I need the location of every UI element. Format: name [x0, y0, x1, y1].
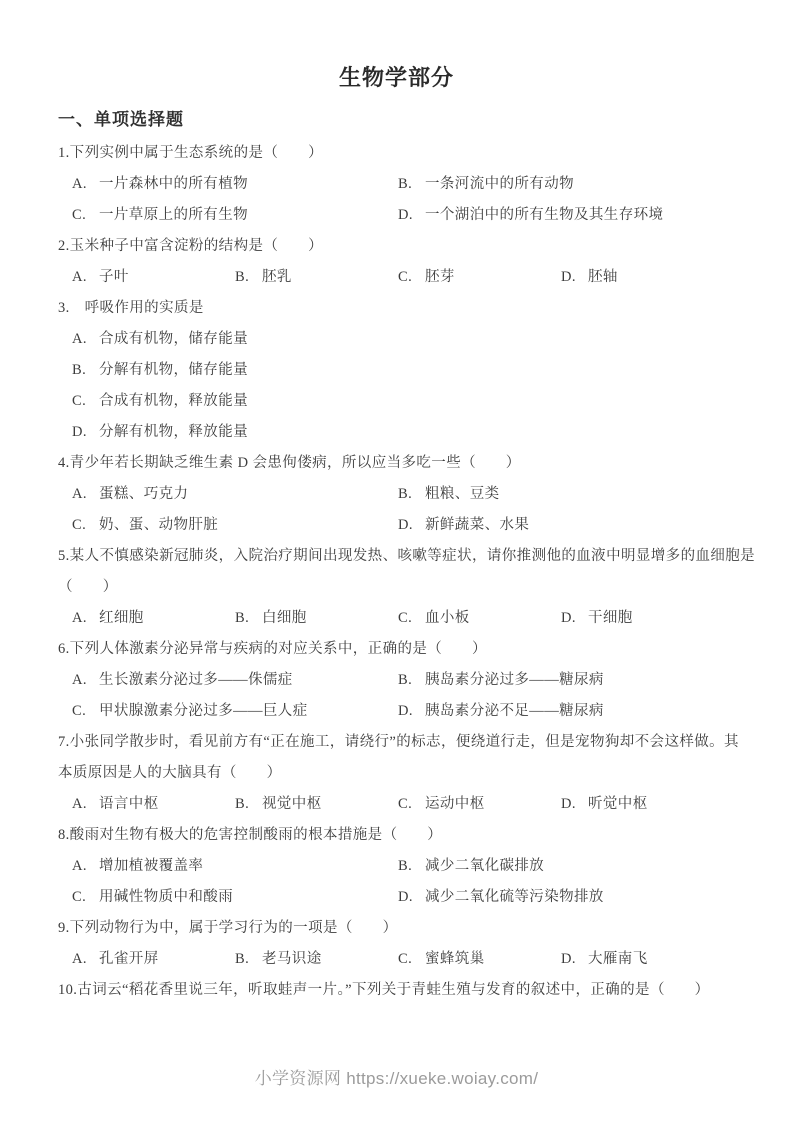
question-6-options-row: C.甲状腺激素分泌过多——巨人症D.胰岛素分泌不足——糖尿病 [58, 696, 763, 727]
question-6-option-b: B.胰岛素分泌过多——糖尿病 [398, 665, 604, 696]
question-1-stem: 1.下列实例中属于生态系统的是（ ） [58, 138, 763, 169]
option-text: 甲状腺激素分泌过多——巨人症 [99, 703, 308, 719]
option-label: C. [398, 603, 425, 634]
question-2-option-d: D.胚轴 [561, 262, 618, 293]
question-5-option-a: A.红细胞 [72, 603, 144, 634]
option-label: C. [72, 696, 99, 727]
option-text: 蛋糕、巧克力 [99, 486, 188, 502]
option-text: 视觉中枢 [262, 796, 322, 812]
question-6-options-row: A.生长激素分泌过多——侏儒症B.胰岛素分泌过多——糖尿病 [58, 665, 763, 696]
question-5-options-row: A.红细胞B.白细胞C.血小板D.干细胞 [58, 603, 763, 634]
option-label: B. [235, 262, 262, 293]
question-2-option-b: B.胚乳 [235, 262, 292, 293]
option-label: C. [72, 882, 99, 913]
option-label: B. [72, 355, 99, 386]
option-text: 一个湖泊中的所有生物及其生存环境 [425, 207, 663, 223]
question-1-option-d: D.一个湖泊中的所有生物及其生存环境 [398, 200, 663, 231]
question-1-option-c: C.一片草原上的所有生物 [72, 200, 248, 231]
document-page: 生物学部分 一、单项选择题 1.下列实例中属于生态系统的是（ ）A.一片森林中的… [0, 0, 793, 1122]
question-3-options-row: D.分解有机物，释放能量 [58, 417, 763, 448]
question-7-option-a: A.语言中枢 [72, 789, 159, 820]
question-4-option-a: A.蛋糕、巧克力 [72, 479, 188, 510]
option-label: D. [398, 510, 425, 541]
question-3-options-row: B.分解有机物，储存能量 [58, 355, 763, 386]
option-text: 一片草原上的所有生物 [99, 207, 248, 223]
option-label: D. [561, 789, 588, 820]
question-3-option-d: D.分解有机物，释放能量 [72, 417, 248, 448]
option-label: D. [398, 200, 425, 231]
footer-watermark: 小学资源网 https://xueke.woiay.com/ [0, 1066, 793, 1092]
option-text: 分解有机物，储存能量 [99, 362, 248, 378]
question-6-option-a: A.生长激素分泌过多——侏儒症 [72, 665, 293, 696]
question-5-stem-cont: （ ） [58, 572, 763, 603]
option-text: 生长激素分泌过多——侏儒症 [99, 672, 293, 688]
question-5-option-b: B.白细胞 [235, 603, 307, 634]
option-text: 一条河流中的所有动物 [425, 176, 574, 192]
option-label: C. [72, 200, 99, 231]
option-text: 红细胞 [99, 610, 144, 626]
question-2-option-a: A.子叶 [72, 262, 129, 293]
option-label: B. [235, 944, 262, 975]
option-label: D. [72, 417, 99, 448]
option-label: A. [72, 789, 99, 820]
question-4-stem: 4.青少年若长期缺乏维生素 D 会患佝偻病，所以应当多吃一些（ ） [58, 448, 763, 479]
question-1-option-b: B.一条河流中的所有动物 [398, 169, 574, 200]
option-label: C. [398, 262, 425, 293]
question-8-options-row: A.增加植被覆盖率B.减少二氧化碳排放 [58, 851, 763, 882]
option-text: 语言中枢 [99, 796, 159, 812]
option-label: D. [398, 882, 425, 913]
option-text: 分解有机物，释放能量 [99, 424, 248, 440]
option-label: D. [561, 262, 588, 293]
option-label: B. [235, 603, 262, 634]
option-text: 孔雀开屏 [99, 951, 159, 967]
question-3-option-c: C.合成有机物，释放能量 [72, 386, 248, 417]
question-8-option-c: C.用碱性物质中和酸雨 [72, 882, 233, 913]
question-4-options-row: A.蛋糕、巧克力B.粗粮、豆类 [58, 479, 763, 510]
option-label: A. [72, 169, 99, 200]
question-5-option-d: D.干细胞 [561, 603, 633, 634]
section-heading: 一、单项选择题 [58, 105, 184, 130]
option-text: 一片森林中的所有植物 [99, 176, 248, 192]
option-text: 用碱性物质中和酸雨 [99, 889, 233, 905]
option-text: 胰岛素分泌不足——糖尿病 [425, 703, 604, 719]
option-text: 合成有机物，释放能量 [99, 393, 248, 409]
question-9-option-b: B.老马识途 [235, 944, 322, 975]
option-text: 合成有机物，储存能量 [99, 331, 248, 347]
option-label: C. [398, 944, 425, 975]
option-text: 新鲜蔬菜、水果 [425, 517, 529, 533]
option-text: 粗粮、豆类 [425, 486, 500, 502]
question-8-stem: 8.酸雨对生物有极大的危害控制酸雨的根本措施是（ ） [58, 820, 763, 851]
question-7-option-b: B.视觉中枢 [235, 789, 322, 820]
question-6-option-d: D.胰岛素分泌不足——糖尿病 [398, 696, 604, 727]
option-text: 减少二氧化硫等污染物排放 [425, 889, 604, 905]
option-label: D. [561, 944, 588, 975]
question-9-option-d: D.大雁南飞 [561, 944, 648, 975]
option-label: A. [72, 603, 99, 634]
option-text: 胚芽 [425, 269, 455, 285]
question-7-stem-cont: 本质原因是人的大脑具有（ ） [58, 758, 763, 789]
option-label: A. [72, 944, 99, 975]
option-label: A. [72, 851, 99, 882]
option-text: 减少二氧化碳排放 [425, 858, 544, 874]
option-text: 运动中枢 [425, 796, 485, 812]
question-7-option-d: D.听觉中枢 [561, 789, 648, 820]
question-7-stem: 7.小张同学散步时，看见前方有“正在施工，请绕行”的标志，便绕道行走，但是宠物狗… [58, 727, 763, 758]
question-3-option-b: B.分解有机物，储存能量 [72, 355, 248, 386]
option-text: 听觉中枢 [588, 796, 648, 812]
question-2-stem: 2.玉米种子中富含淀粉的结构是（ ） [58, 231, 763, 262]
option-text: 胚乳 [262, 269, 292, 285]
option-text: 增加植被覆盖率 [99, 858, 203, 874]
option-label: B. [398, 169, 425, 200]
option-text: 蜜蜂筑巢 [425, 951, 485, 967]
option-text: 胚轴 [588, 269, 618, 285]
question-10-stem: 10.古词云“稻花香里说三年，听取蛙声一片。”下列关于青蛙生殖与发育的叙述中，正… [58, 975, 763, 1006]
option-label: A. [72, 479, 99, 510]
question-4-option-c: C.奶、蛋、动物肝脏 [72, 510, 218, 541]
question-9-stem: 9.下列动物行为中，属于学习行为的一项是（ ） [58, 913, 763, 944]
option-label: B. [398, 479, 425, 510]
question-3-options-row: C.合成有机物，释放能量 [58, 386, 763, 417]
option-label: B. [235, 789, 262, 820]
option-text: 胰岛素分泌过多——糖尿病 [425, 672, 604, 688]
option-text: 白细胞 [262, 610, 307, 626]
question-8-option-a: A.增加植被覆盖率 [72, 851, 203, 882]
option-text: 老马识途 [262, 951, 322, 967]
question-6-stem: 6.下列人体激素分泌异常与疾病的对应关系中，正确的是（ ） [58, 634, 763, 665]
question-3-options-row: A.合成有机物，储存能量 [58, 324, 763, 355]
option-label: C. [72, 386, 99, 417]
question-3-stem: 3. 呼吸作用的实质是 [58, 293, 763, 324]
question-3-option-a: A.合成有机物，储存能量 [72, 324, 248, 355]
option-label: D. [561, 603, 588, 634]
option-text: 大雁南飞 [588, 951, 648, 967]
question-5-option-c: C.血小板 [398, 603, 470, 634]
question-list: 1.下列实例中属于生态系统的是（ ）A.一片森林中的所有植物B.一条河流中的所有… [58, 138, 763, 1006]
question-5-stem: 5.某人不慎感染新冠肺炎，入院治疗期间出现发热、咳嗽等症状，请你推测他的血液中明… [58, 541, 763, 572]
option-label: B. [398, 665, 425, 696]
question-6-option-c: C.甲状腺激素分泌过多——巨人症 [72, 696, 308, 727]
question-1-options-row: A.一片森林中的所有植物B.一条河流中的所有动物 [58, 169, 763, 200]
page-title: 生物学部分 [0, 61, 793, 92]
question-2-option-c: C.胚芽 [398, 262, 455, 293]
question-8-option-d: D.减少二氧化硫等污染物排放 [398, 882, 604, 913]
option-label: A. [72, 324, 99, 355]
option-label: B. [398, 851, 425, 882]
option-label: A. [72, 262, 99, 293]
option-text: 血小板 [425, 610, 470, 626]
question-4-option-b: B.粗粮、豆类 [398, 479, 500, 510]
question-9-option-c: C.蜜蜂筑巢 [398, 944, 485, 975]
option-label: A. [72, 665, 99, 696]
question-8-options-row: C.用碱性物质中和酸雨D.减少二氧化硫等污染物排放 [58, 882, 763, 913]
option-text: 子叶 [99, 269, 129, 285]
option-text: 奶、蛋、动物肝脏 [99, 517, 218, 533]
question-1-options-row: C.一片草原上的所有生物D.一个湖泊中的所有生物及其生存环境 [58, 200, 763, 231]
option-label: C. [398, 789, 425, 820]
question-9-options-row: A.孔雀开屏B.老马识途C.蜜蜂筑巢D.大雁南飞 [58, 944, 763, 975]
option-label: D. [398, 696, 425, 727]
question-8-option-b: B.减少二氧化碳排放 [398, 851, 544, 882]
question-2-options-row: A.子叶B.胚乳C.胚芽D.胚轴 [58, 262, 763, 293]
question-4-options-row: C.奶、蛋、动物肝脏D.新鲜蔬菜、水果 [58, 510, 763, 541]
option-text: 干细胞 [588, 610, 633, 626]
question-7-options-row: A.语言中枢B.视觉中枢C.运动中枢D.听觉中枢 [58, 789, 763, 820]
question-1-option-a: A.一片森林中的所有植物 [72, 169, 248, 200]
option-label: C. [72, 510, 99, 541]
question-9-option-a: A.孔雀开屏 [72, 944, 159, 975]
question-7-option-c: C.运动中枢 [398, 789, 485, 820]
question-4-option-d: D.新鲜蔬菜、水果 [398, 510, 529, 541]
